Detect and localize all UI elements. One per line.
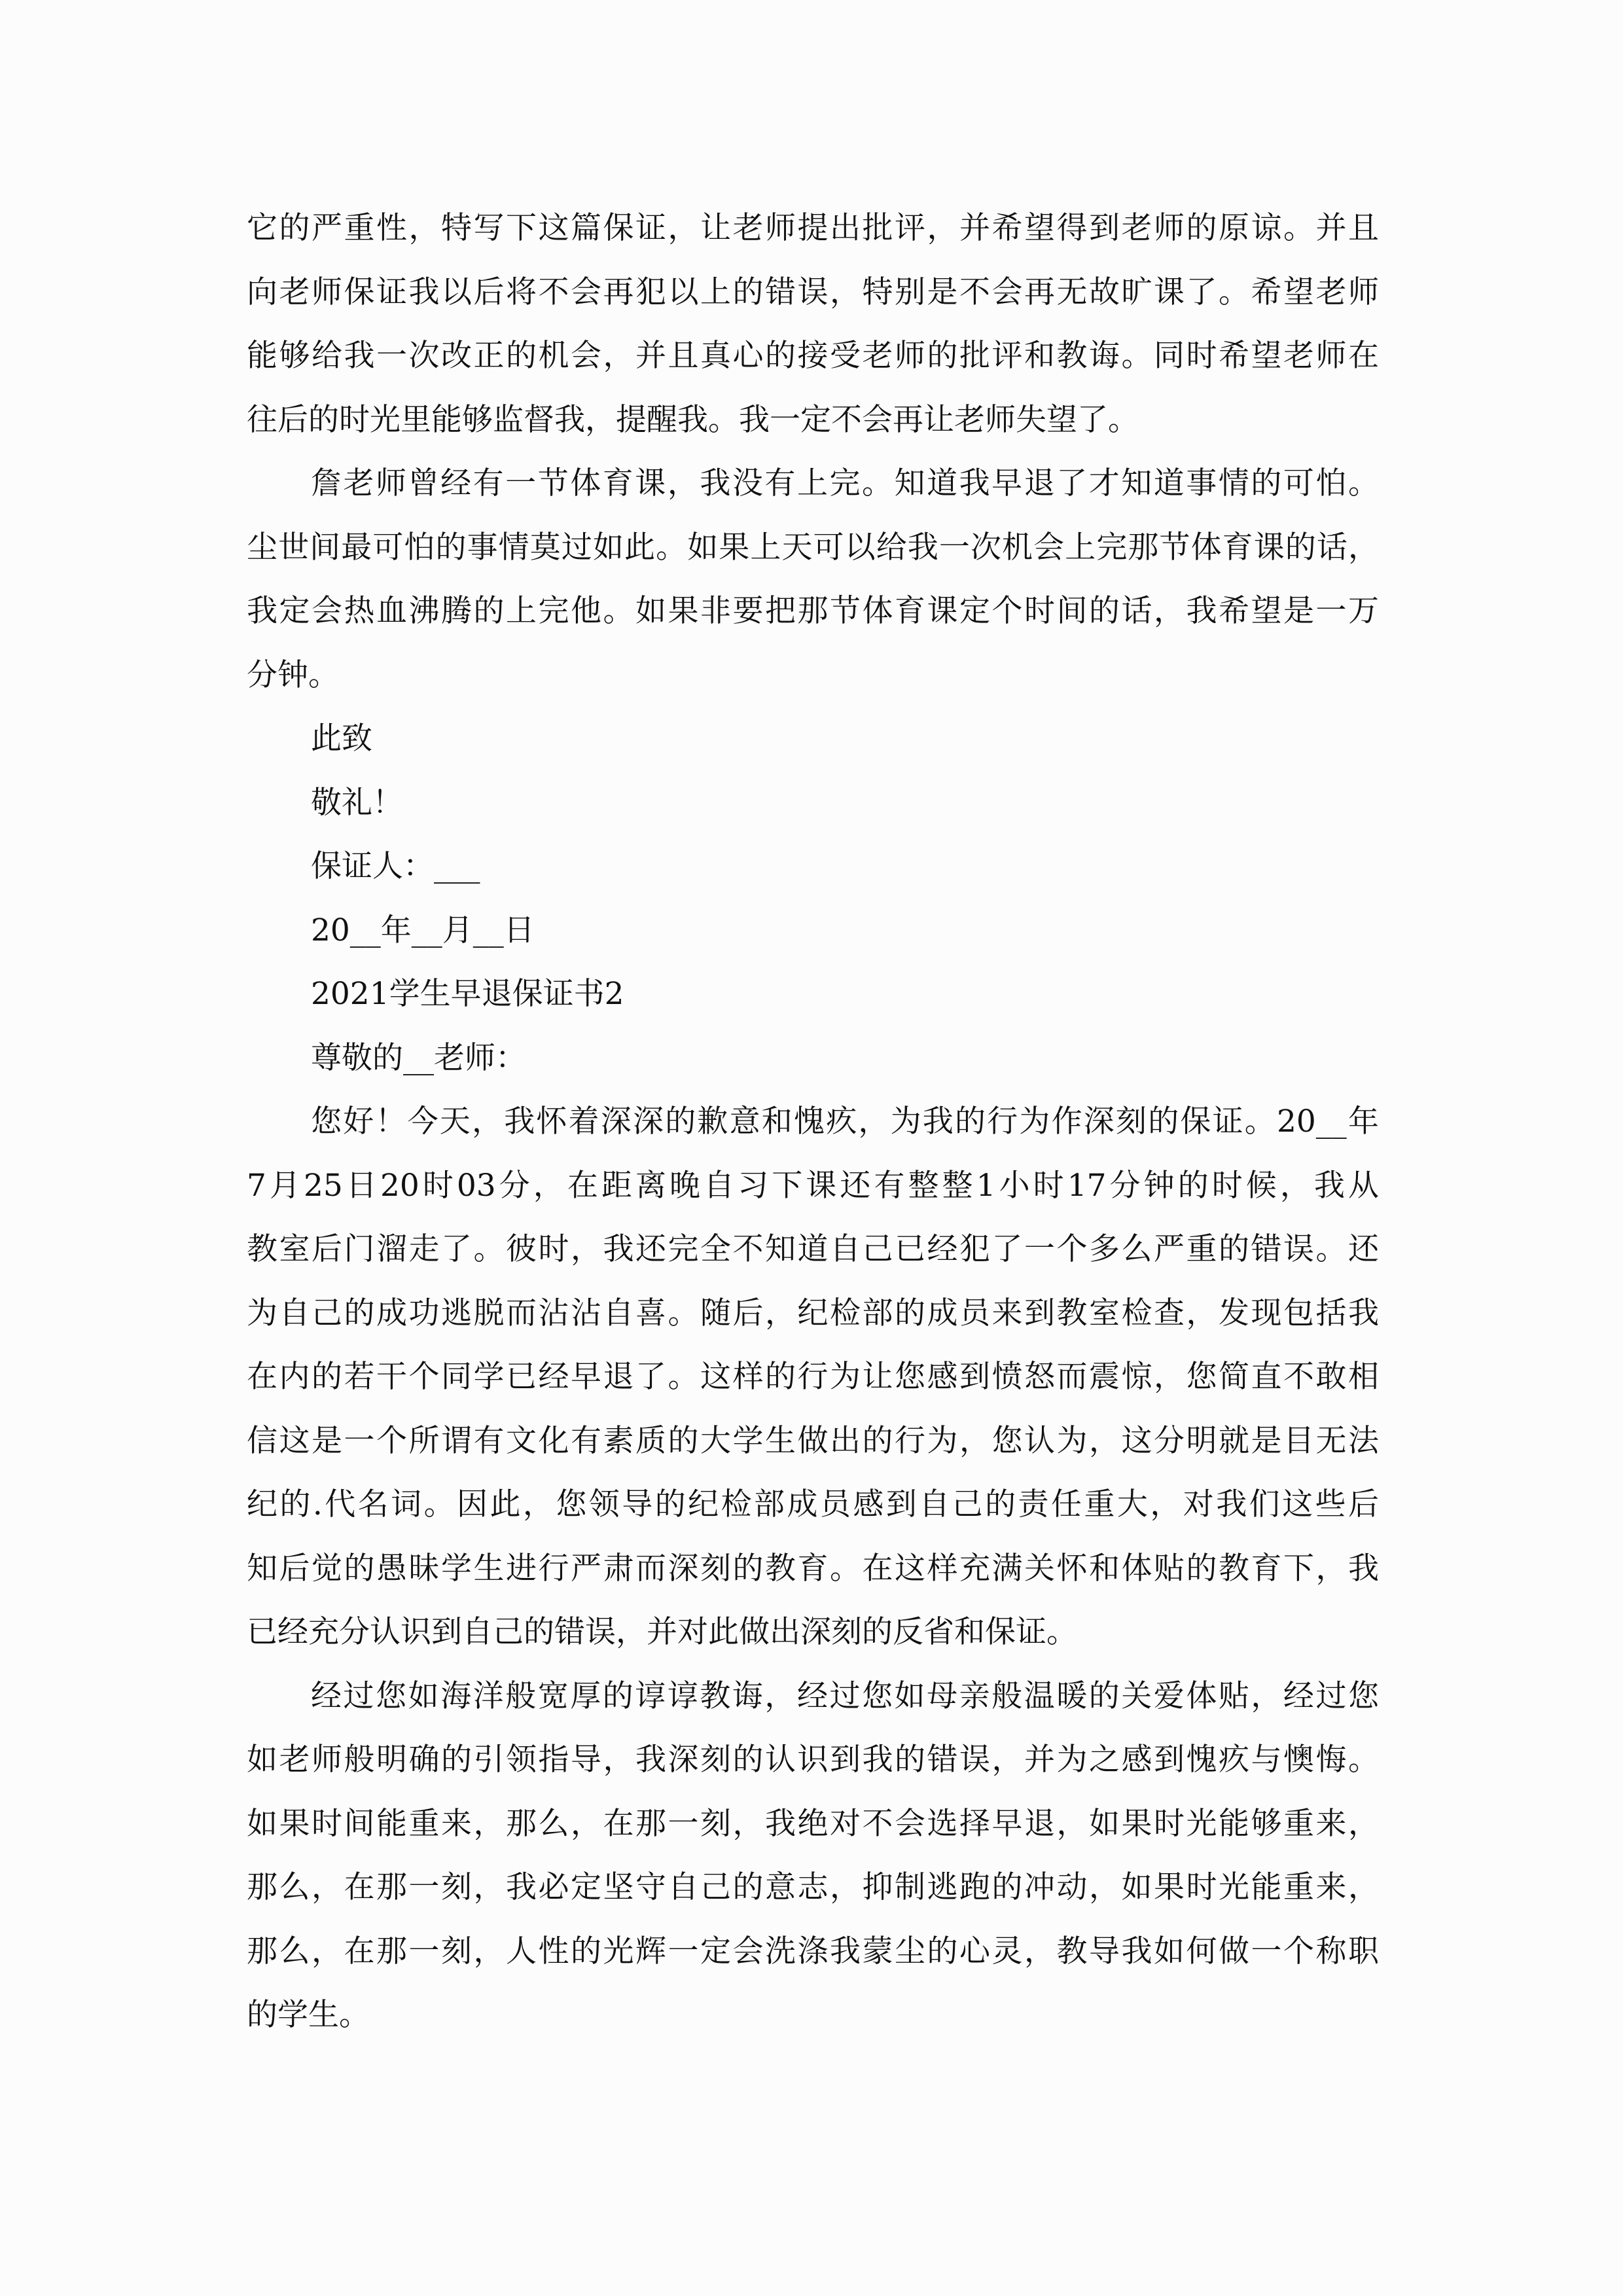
body-line: 能够给我一次改正的机会，并且真心的接受老师的批评和教诲。同时希望老师在 bbox=[247, 336, 1379, 400]
body-line: 它的严重性，特写下这篇保证，让老师提出批评，并希望得到老师的原谅。并且 bbox=[247, 208, 1379, 272]
body-line: 那么，在那一刻，人性的光辉一定会洗涤我蒙尘的心灵，教导我如何做一个称职 bbox=[247, 1931, 1379, 1996]
body-line: 分钟。 bbox=[247, 655, 1379, 719]
body-line: 7月25日20时03分，在距离晚自习下课还有整整1小时17分钟的时候，我从 bbox=[247, 1166, 1379, 1230]
closing-regards: 敬礼！ bbox=[247, 783, 1379, 847]
letter-body: 它的严重性，特写下这篇保证，让老师提出批评，并希望得到老师的原谅。并且 向老师保… bbox=[247, 208, 1379, 2059]
body-line: 的学生。 bbox=[247, 1995, 1379, 2059]
date-line: 20__年__月__日 bbox=[247, 910, 1379, 975]
body-line: 如老师般明确的引领指导，我深刻的认识到我的错误，并为之感到愧疚与懊悔。 bbox=[247, 1740, 1379, 1804]
document-page: 它的严重性，特写下这篇保证，让老师提出批评，并希望得到老师的原谅。并且 向老师保… bbox=[0, 0, 1623, 2296]
paragraph-start-line: 詹老师曾经有一节体育课，我没有上完。知道我早退了才知道事情的可怕。 bbox=[247, 463, 1379, 528]
body-line: 如果时间能重来，那么，在那一刻，我绝对不会选择早退，如果时光能够重来， bbox=[247, 1804, 1379, 1868]
body-line: 在内的若干个同学已经早退了。这样的行为让您感到愤怒而震惊，您简直不敢相 bbox=[247, 1357, 1379, 1421]
body-line: 纪的.代名词。因此，您领导的纪检部成员感到自己的责任重大，对我们这些后 bbox=[247, 1484, 1379, 1549]
body-line: 我定会热血沸腾的上完他。如果非要把那节体育课定个时间的话，我希望是一万 bbox=[247, 591, 1379, 655]
body-line: 已经充分认识到自己的错误，并对此做出深刻的反省和保证。 bbox=[247, 1612, 1379, 1676]
body-line: 往后的时光里能够监督我，提醒我。我一定不会再让老师失望了。 bbox=[247, 400, 1379, 464]
closing-salutation: 此致 bbox=[247, 719, 1379, 783]
guarantor-signature-line: 保证人：___ bbox=[247, 846, 1379, 910]
body-line: 那么，在那一刻，我必定坚守自己的意志，抑制逃跑的冲动，如果时光能重来， bbox=[247, 1867, 1379, 1931]
letter-greeting: 尊敬的__老师： bbox=[247, 1038, 1379, 1102]
body-line: 教室后门溜走了。彼时，我还完全不知道自己已经犯了一个多么严重的错误。还 bbox=[247, 1229, 1379, 1293]
body-line: 为自己的成功逃脱而沾沾自喜。随后，纪检部的成员来到教室检查，发现包括我 bbox=[247, 1293, 1379, 1357]
section-title: 2021学生早退保证书2 bbox=[247, 974, 1379, 1038]
body-line: 知后觉的愚昧学生进行严肃而深刻的教育。在这样充满关怀和体贴的教育下，我 bbox=[247, 1549, 1379, 1613]
paragraph-start-line: 您好！今天，我怀着深深的歉意和愧疚，为我的行为作深刻的保证。20__年 bbox=[247, 1102, 1379, 1166]
body-line: 尘世间最可怕的事情莫过如此。如果上天可以给我一次机会上完那节体育课的话， bbox=[247, 528, 1379, 592]
paragraph-start-line: 经过您如海洋般宽厚的谆谆教诲，经过您如母亲般温暖的关爱体贴，经过您 bbox=[247, 1676, 1379, 1740]
body-line: 向老师保证我以后将不会再犯以上的错误，特别是不会再无故旷课了。希望老师 bbox=[247, 272, 1379, 336]
body-line: 信这是一个所谓有文化有素质的大学生做出的行为，您认为，这分明就是目无法 bbox=[247, 1421, 1379, 1485]
